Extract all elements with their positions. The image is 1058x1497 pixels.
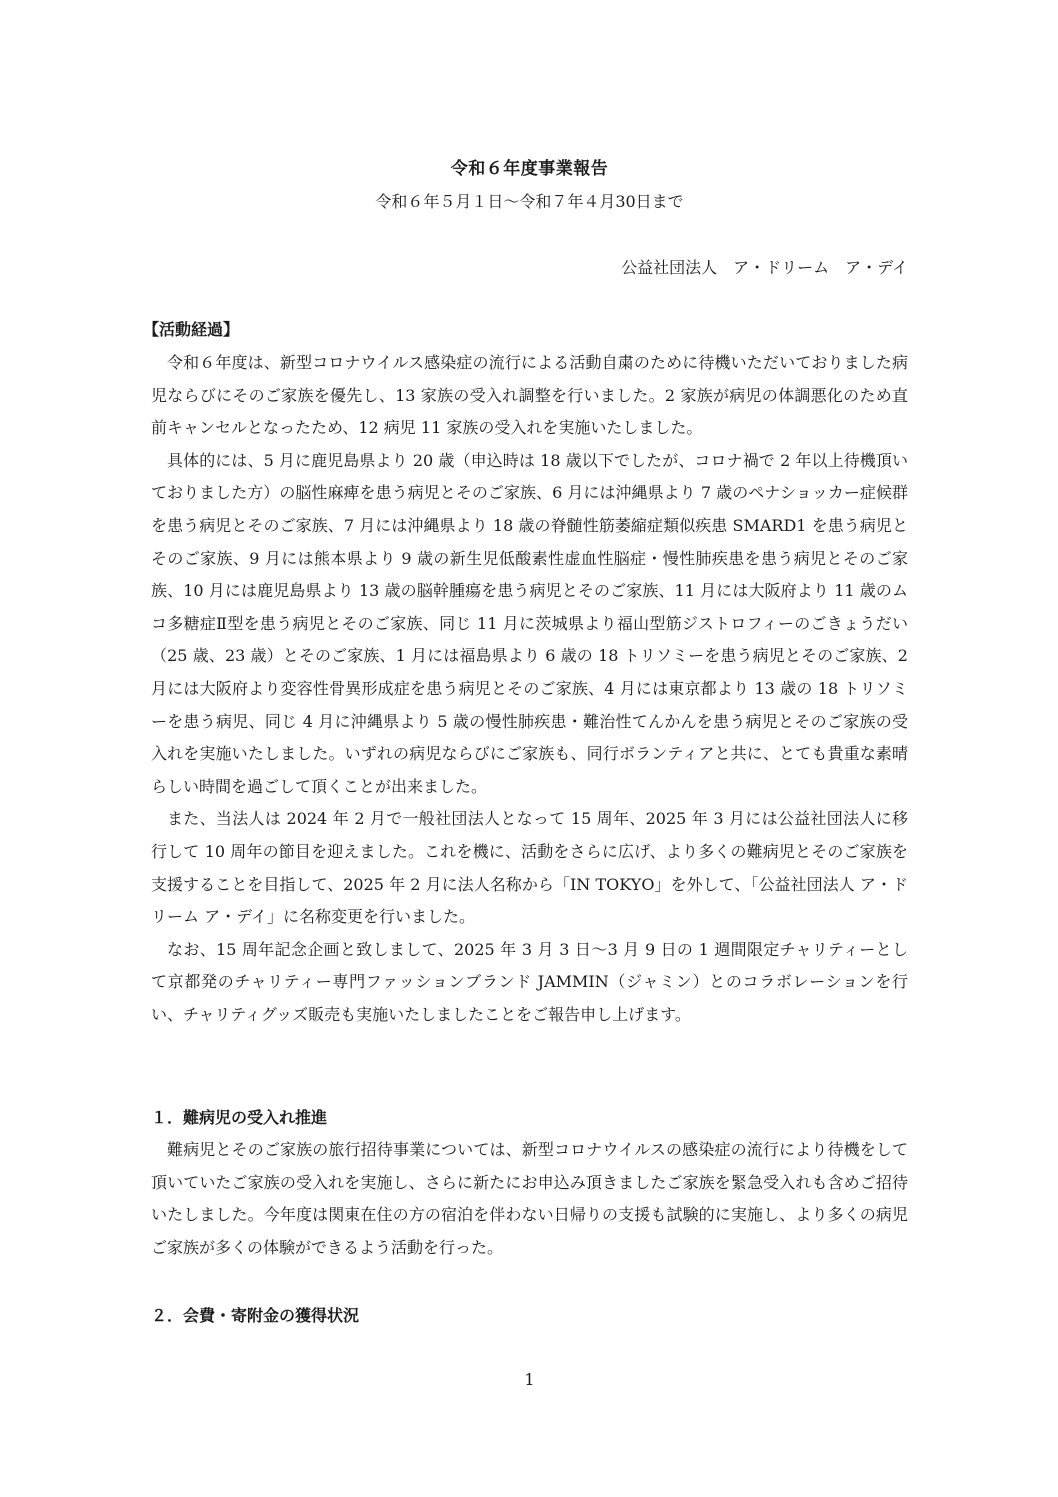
paragraph: 具体的には、5 月に鹿児島県より 20 歳（申込時は 18 歳以下でしたが、コロ… (151, 445, 908, 804)
section-heading-activity: 【活動経過】 (143, 318, 239, 342)
document-title: 令和６年度事業報告 (151, 157, 908, 181)
report-period: 令和６年５月１日～令和７年４月30日まで (151, 190, 908, 214)
paragraph: また、当法人は 2024 年 2 月で一般社団法人となって 15 周年、2025… (151, 803, 908, 933)
section-acceptance-body: 難病児とそのご家族の旅行招待事業については、新型コロナウイルスの感染症の流行によ… (151, 1134, 908, 1264)
section-heading-acceptance: １．難病児の受入れ推進 (151, 1106, 327, 1130)
organization-name: 公益社団法人 ア・ドリーム ア・デイ (621, 256, 908, 280)
section-activity-body: 令和６年度は、新型コロナウイルス感染症の流行による活動自粛のために待機いただいて… (151, 347, 908, 1031)
paragraph: なお、15 周年記念企画と致しまして、2025 年 3 月 3 日～3 月 9 … (151, 934, 908, 1032)
paragraph: 令和６年度は、新型コロナウイルス感染症の流行による活動自粛のために待機いただいて… (151, 347, 908, 445)
paragraph: 難病児とそのご家族の旅行招待事業については、新型コロナウイルスの感染症の流行によ… (151, 1134, 908, 1264)
page-number: 1 (151, 1369, 908, 1391)
section-heading-donations: ２．会費・寄附金の獲得状況 (151, 1304, 359, 1328)
